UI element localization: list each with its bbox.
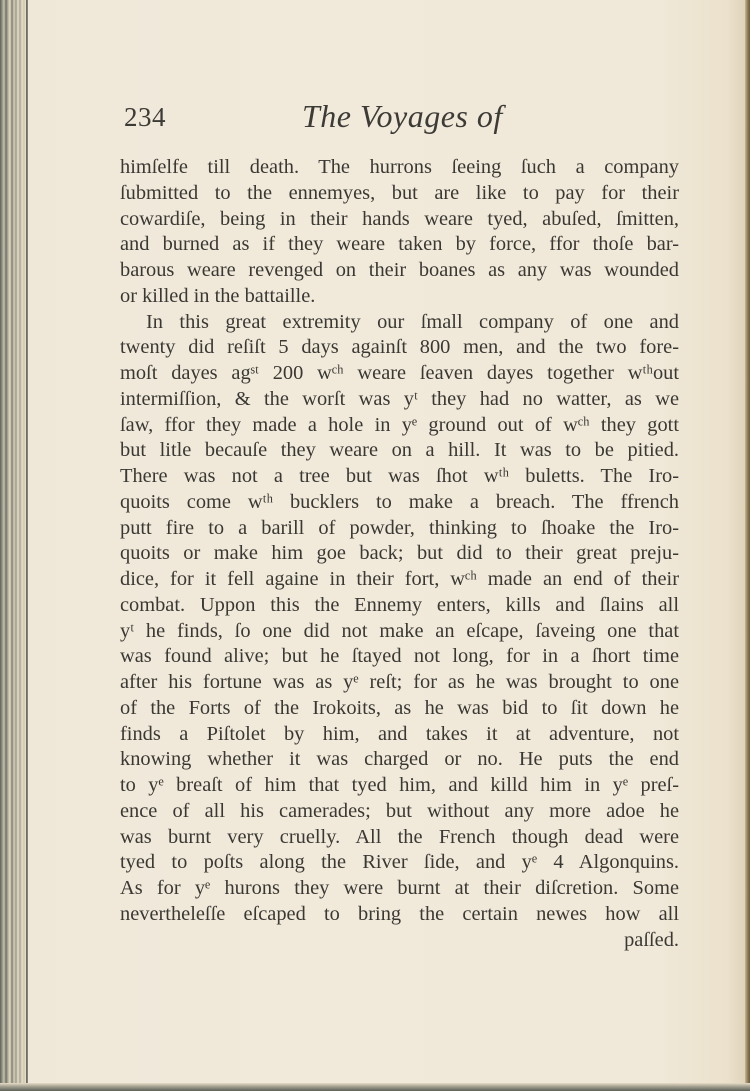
text-line: quoits or make him goe back; but did to … bbox=[120, 541, 679, 567]
text-line: As for yᵉ hurons they were burnt at thei… bbox=[120, 876, 679, 902]
text-line: moſt dayes agˢᵗ 200 wᶜʰ weare ſeaven day… bbox=[120, 361, 679, 387]
text-line: ſaw, ffor they made a hole in yᵉ ground … bbox=[120, 413, 679, 439]
page-header: 234 The Voyages of bbox=[124, 98, 679, 138]
text-line: yᵗ he finds, ſo one did not make an eſca… bbox=[120, 619, 679, 645]
text-line: twenty did reſiſt 5 days againſt 800 men… bbox=[120, 335, 679, 361]
text-line: was burnt very cruelly. All the French t… bbox=[120, 825, 679, 851]
text-line: to yᵉ breaſt of him that tyed him, and k… bbox=[120, 773, 679, 799]
text-line: but litle becauſe they weare on a hill. … bbox=[120, 438, 679, 464]
text-line-final-word: paſſed. bbox=[120, 928, 679, 954]
text-line: combat. Uppon this the Ennemy enters, ki… bbox=[120, 593, 679, 619]
text-line: quoits come wᵗʰ bucklers to make a breac… bbox=[120, 490, 679, 516]
body-text: himſelfe till death. The hurrons ſeeing … bbox=[120, 155, 679, 953]
text-line: cowardiſe, being in their hands weare ty… bbox=[120, 207, 679, 233]
text-line: barous weare revenged on their boanes as… bbox=[120, 258, 679, 284]
text-line: putt fire to a barill of powder, thinkin… bbox=[120, 516, 679, 542]
book-page: 234 The Voyages of himſelfe till death. … bbox=[0, 0, 750, 1091]
text-line: intermiſſion, & the worſt was yᵗ they ha… bbox=[120, 387, 679, 413]
text-line: and burned as if they weare taken by for… bbox=[120, 232, 679, 258]
text-line: himſelfe till death. The hurrons ſeeing … bbox=[120, 155, 679, 181]
text-line: neverthelеſſe eſcaped to bring the certa… bbox=[120, 902, 679, 928]
text-line: ence of all his camerades; but without a… bbox=[120, 799, 679, 825]
text-line: tyed to poſts along the River ſide, and … bbox=[120, 850, 679, 876]
text-line-paragraph-start: In this great extremity our ſmall compan… bbox=[120, 310, 679, 336]
text-line: of the Forts of the Irokoits, as he was … bbox=[120, 696, 679, 722]
running-title: The Voyages of bbox=[302, 98, 503, 135]
text-line: after his fortune was as yᵉ reſt; for as… bbox=[120, 670, 679, 696]
text-line: ſubmitted to the ennemyes, but are like … bbox=[120, 181, 679, 207]
text-line: dice, for it fell againe in their fort, … bbox=[120, 567, 679, 593]
text-line: knowing whether it was charged or no. He… bbox=[120, 747, 679, 773]
text-line: was found alive; but he ſtayed not long,… bbox=[120, 644, 679, 670]
page-right-edge bbox=[745, 0, 750, 1091]
book-binding-edge bbox=[0, 0, 28, 1091]
page-bottom-edge bbox=[0, 1083, 750, 1091]
text-line: There was not a tree but was ſhot wᵗʰ bu… bbox=[120, 464, 679, 490]
page-number: 234 bbox=[124, 102, 166, 133]
text-line: finds a Piſtolet by him, and takes it at… bbox=[120, 722, 679, 748]
text-line-paragraph-end: or killed in the battaille. bbox=[120, 284, 679, 310]
